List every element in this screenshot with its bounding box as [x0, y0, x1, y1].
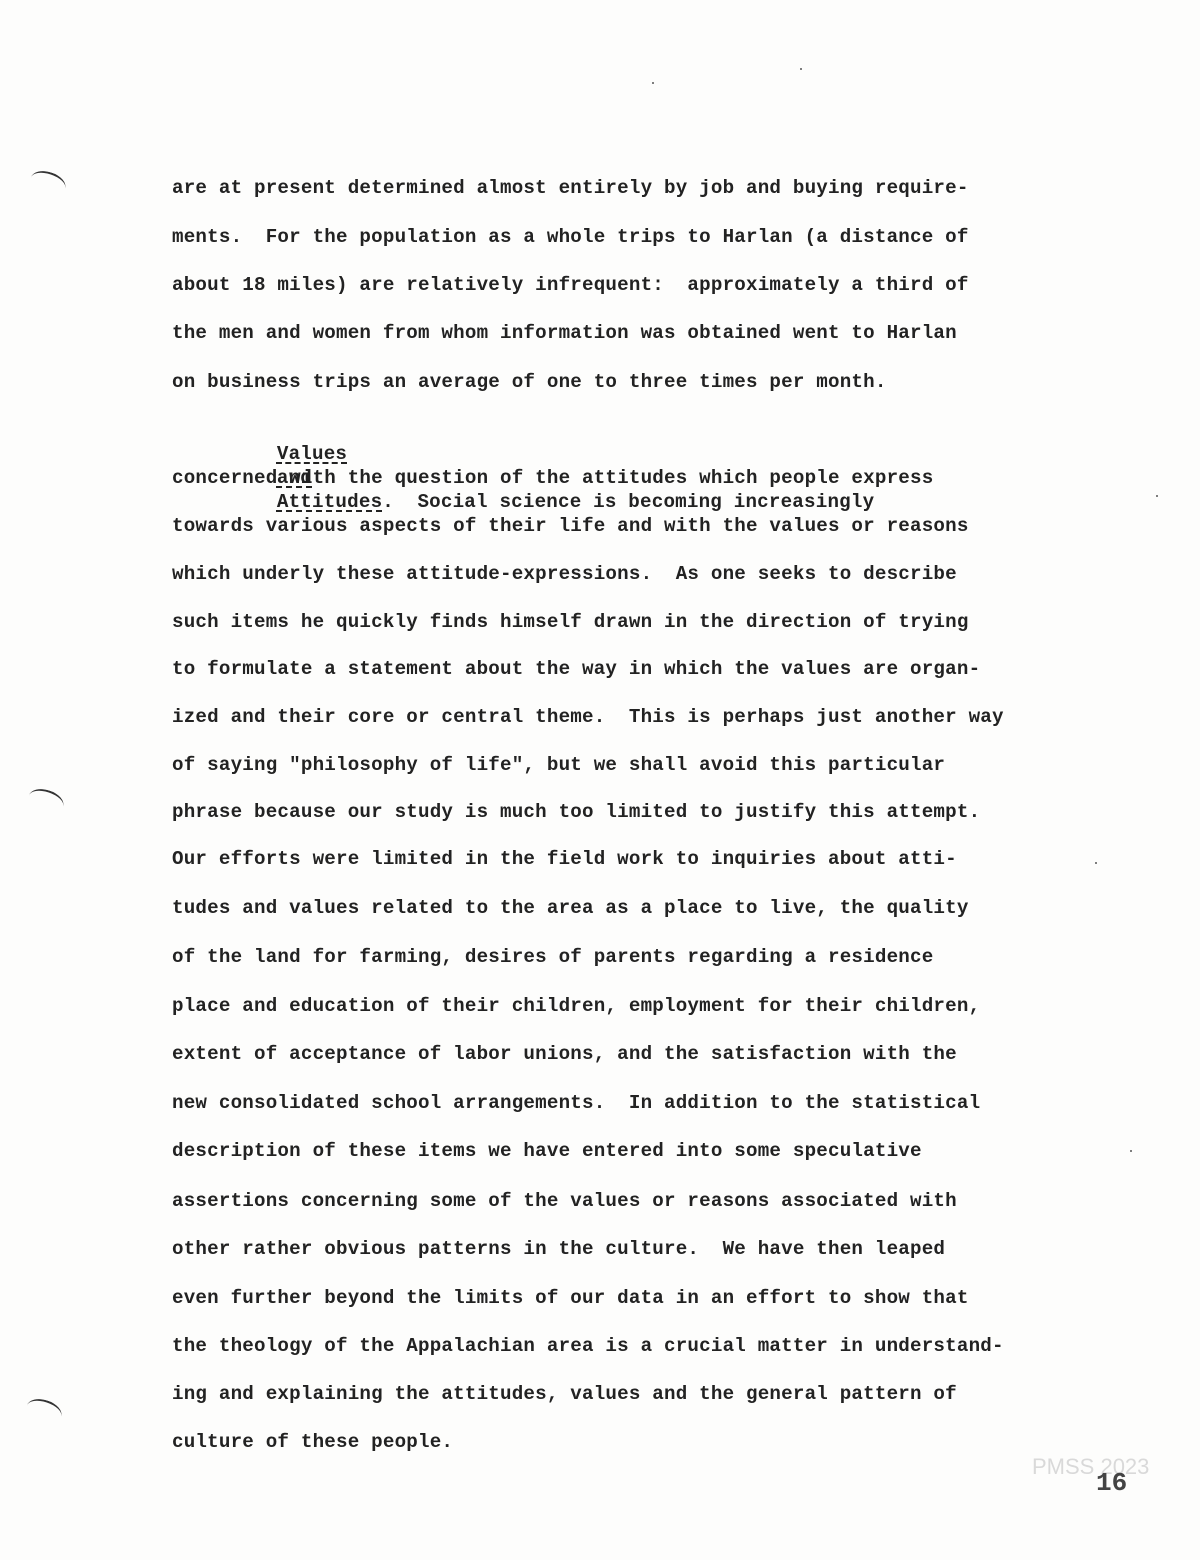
body-text-line: to formulate a statement about the way i… [172, 657, 980, 681]
body-text-line: the men and women from whom information … [172, 321, 957, 345]
body-text-inline: Social science is becoming increasingly [394, 491, 874, 513]
body-text-line: even further beyond the limits of our da… [172, 1286, 969, 1310]
margin-mark [27, 167, 68, 199]
scan-speck [1095, 862, 1097, 864]
section-heading-word: Values [277, 443, 347, 465]
margin-mark [23, 1395, 64, 1427]
body-text-line: Our efforts were limited in the field wo… [172, 847, 957, 871]
body-text-line: such items he quickly finds himself draw… [172, 610, 969, 634]
body-text-line: the theology of the Appalachian area is … [172, 1334, 1004, 1358]
page-number: 16 [1096, 1468, 1127, 1498]
body-text-line: new consolidated school arrangements. In… [172, 1091, 980, 1115]
document-page: are at present determined almost entirel… [0, 0, 1200, 1560]
body-text-line: of saying "philosophy of life", but we s… [172, 753, 945, 777]
body-text-line: culture of these people. [172, 1430, 453, 1454]
body-text-line: ments. For the population as a whole tri… [172, 225, 969, 249]
body-text-line: of the land for farming, desires of pare… [172, 945, 933, 969]
body-text-line: phrase because our study is much too lim… [172, 800, 980, 824]
body-text-line: which underly these attitude-expressions… [172, 562, 957, 586]
scan-speck [800, 68, 802, 70]
body-text-line: tudes and values related to the area as … [172, 896, 969, 920]
body-text-line: on business trips an average of one to t… [172, 370, 887, 394]
body-text-line: ized and their core or central theme. Th… [172, 705, 1004, 729]
watermark: PMSS 2023 [1032, 1454, 1149, 1480]
scan-speck [1130, 1150, 1132, 1152]
scan-speck [652, 82, 654, 84]
body-text-line: concerned with the question of the attit… [172, 466, 933, 490]
section-heading-word: Attitudes [277, 491, 382, 513]
body-text-line: towards various aspects of their life an… [172, 514, 969, 538]
body-text-line: are at present determined almost entirel… [172, 176, 969, 200]
body-text-line: extent of acceptance of labor unions, an… [172, 1042, 957, 1066]
body-text-line: about 18 miles) are relatively infrequen… [172, 273, 969, 297]
body-text-line: description of these items we have enter… [172, 1139, 922, 1163]
body-text-line: place and education of their children, e… [172, 994, 980, 1018]
body-text-line: ing and explaining the attitudes, values… [172, 1382, 957, 1406]
body-text-line: assertions concerning some of the values… [172, 1189, 957, 1213]
margin-mark [25, 785, 66, 817]
section-heading-period: . [382, 491, 394, 513]
scan-speck [1156, 495, 1158, 497]
body-text-line: other rather obvious patterns in the cul… [172, 1237, 945, 1261]
